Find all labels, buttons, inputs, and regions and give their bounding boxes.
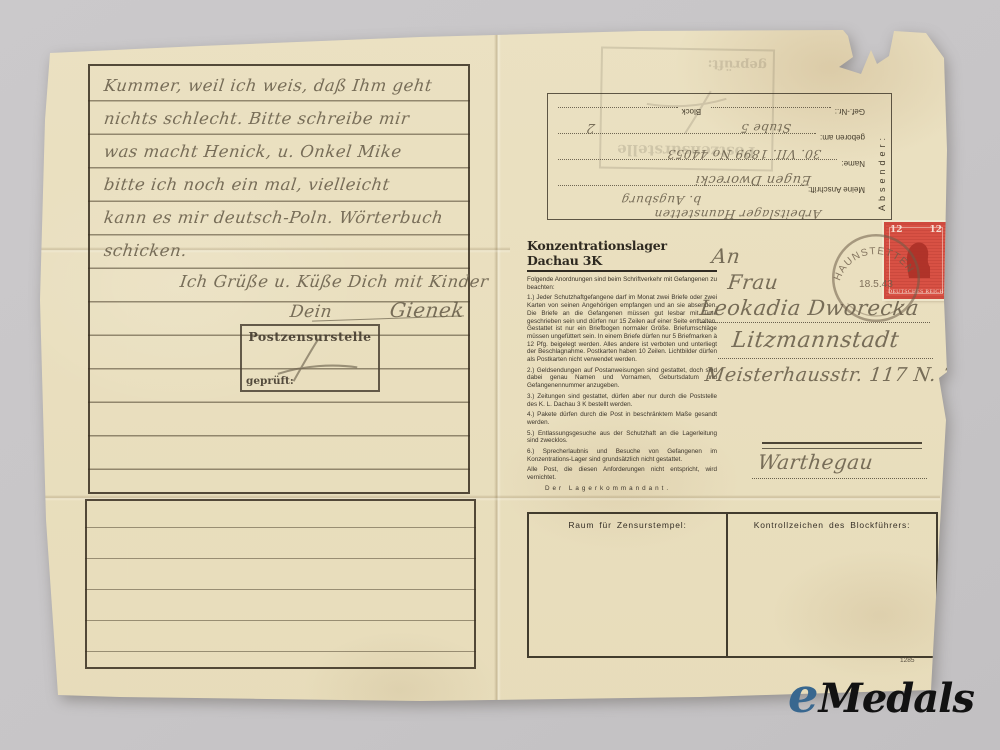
sender-block-value: 2 <box>585 120 596 135</box>
letter-closing: Ich Grüße u. Küße Dich mit Kinder <box>179 272 490 291</box>
emedals-logo-text: Medals <box>819 679 974 719</box>
letter-line: bitte ich noch ein mal, vielleicht <box>103 175 391 194</box>
emedals-logo: e Medals <box>788 672 974 720</box>
censor-boxes-divider <box>726 514 728 656</box>
sender-anschrift-value-1: Arbeitslager Haunstetten <box>653 207 822 221</box>
sender-row-number: Gef.-Nr.: Block <box>558 107 865 133</box>
regulations-footer: Alle Post, die diesen Anforderungen nich… <box>527 466 717 481</box>
regulation-item: 1.) Jeder Schutzhaftgefangene darf im Mo… <box>527 294 717 363</box>
postal-censor-stamp: Postzensurstelle geprüft: <box>240 324 380 392</box>
address-salutation: An <box>711 244 742 268</box>
sender-gef-value: Stube 5 <box>740 121 792 135</box>
sender-anschrift-value-2: b. Augsburg <box>620 193 702 207</box>
letter-writing-box: Kummer, weil ich weis, daß Ihm geht nich… <box>88 64 470 494</box>
document-paper-wrap: Kummer, weil ich weis, daß Ihm geht nich… <box>0 0 1000 750</box>
gef-nr-label: Gef.-Nr.: <box>831 107 865 116</box>
fold-crease-vertical <box>494 0 501 750</box>
camp-regulations: Konzentrationslager Dachau 3K Folgende A… <box>527 238 717 496</box>
address-line-street: Meisterhausstr. 117 N. 20 <box>704 364 970 386</box>
regulations-signoff: Der Lagerkommandant. <box>545 485 717 493</box>
ghost-stamp-checked-label: geprüft: <box>708 56 767 72</box>
regulations-intro: Folgende Anordnungen sind beim Schriftve… <box>527 276 717 291</box>
photo-stage: Kummer, weil ich weis, daß Ihm geht nich… <box>0 0 1000 750</box>
absender-label: Absender: <box>877 98 887 211</box>
regulations-title: Konzentrationslager Dachau 3K <box>527 238 717 272</box>
address-underline <box>718 358 933 359</box>
address-line-frau: Frau <box>727 270 780 294</box>
regulation-item: 2.) Geldsendungen auf Postanweisungen si… <box>527 367 717 390</box>
regulation-item: 3.) Zeitungen sind gestattet, dürfen abe… <box>527 393 717 408</box>
postmark: HAUNSTETTEN 18.5.43 <box>820 222 932 334</box>
form-number: 1285 <box>900 657 914 664</box>
censor-stamp-checked-label: geprüft: <box>246 375 294 387</box>
anschrift-label: Meine Anschrift: <box>804 185 865 194</box>
letter-line: kann es mir deutsch-Poln. Wörterbuch <box>103 208 444 227</box>
born-label: geboren am: <box>816 133 865 142</box>
regulation-item: 4.) Pakete dürfen durch die Post in besc… <box>527 411 717 426</box>
emedals-logo-e: e <box>788 672 819 720</box>
name-label: Name: <box>837 159 865 168</box>
sender-form-rotated: Absender: Meine Anschrift: Name: geboren… <box>548 94 891 219</box>
letter-line: schicken. <box>103 241 188 260</box>
gef-nr-dotted-line <box>711 107 831 120</box>
block-dotted-line <box>558 107 678 120</box>
letter-line: nichts schlecht. Bitte schreibe mir <box>103 109 411 128</box>
letter-line: Kummer, weil ich weis, daß Ihm geht <box>103 76 434 95</box>
regulation-item: 5.) Entlassungsgesuche aus der Schutzhaf… <box>527 430 717 445</box>
letter-valediction: Dein <box>289 302 334 322</box>
letter-line: was macht Henick, u. Onkel Mike <box>103 142 403 161</box>
censor-box-left-label: Raum für Zensurstempel: <box>529 520 726 530</box>
sender-born-value: 30. VII. 1899 No 44053 <box>666 147 821 161</box>
sender-name-value: Eugen Dworecki <box>694 172 812 187</box>
region-double-rule <box>762 442 922 449</box>
censor-boxes: Raum für Zensurstempel: Kontrollzeichen … <box>527 512 938 658</box>
address-underline <box>752 478 927 479</box>
censor-box-right-label: Kontrollzeichen des Blockführers: <box>728 520 936 530</box>
blank-lined-box <box>85 499 476 669</box>
address-region: Warthegau <box>757 450 875 474</box>
regulation-item: 6.) Sprecherlaubnis und Besuche von Gefa… <box>527 448 717 463</box>
sender-form-box: Absender: Meine Anschrift: Name: geboren… <box>547 93 892 220</box>
svg-text:HAUNSTETTEN: HAUNSTETTEN <box>832 246 916 282</box>
postmark-town: HAUNSTETTEN <box>832 246 916 282</box>
postmark-date: 18.5.43 <box>859 279 893 290</box>
dachau-letter-sheet: Kummer, weil ich weis, daß Ihm geht nich… <box>0 0 1000 750</box>
block-label: Block <box>678 107 712 116</box>
